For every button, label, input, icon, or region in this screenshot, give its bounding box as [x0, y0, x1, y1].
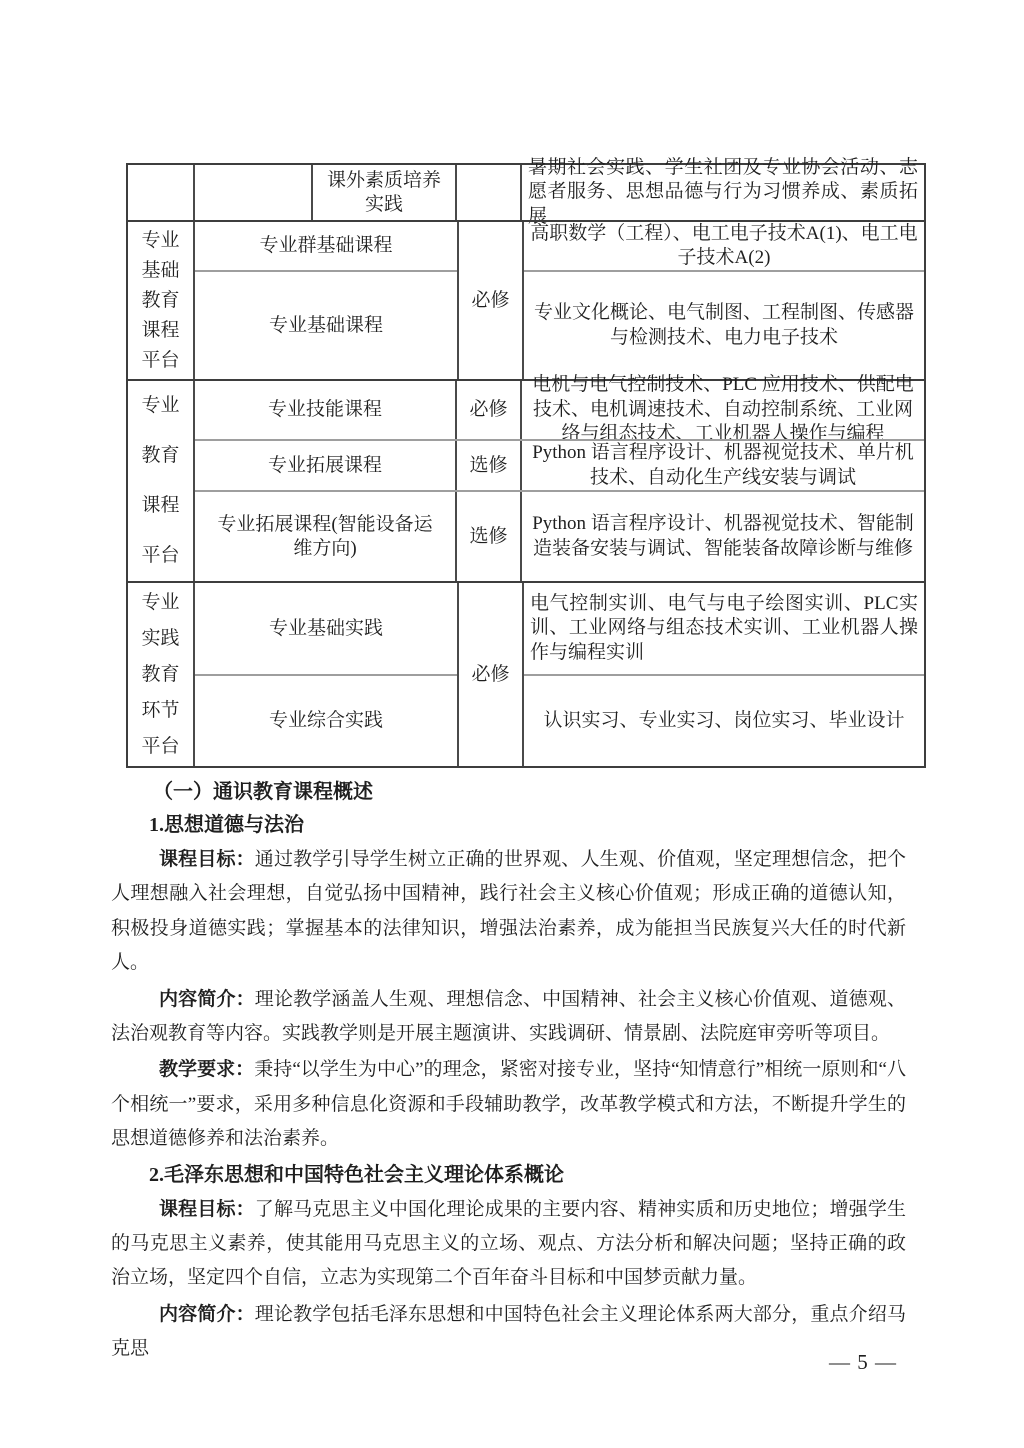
courses-cell: Python 语言程序设计、机器视觉技术、智能制造装备安装与调试、智能装备故障诊…	[522, 492, 924, 581]
platform-cell-empty	[128, 165, 195, 220]
mode-cell-empty	[457, 165, 522, 220]
table-section-professional-foundation: 专业 基础 教育 课程 平台 专业群基础课程 专业基础课程 必修 高职数学（工程…	[128, 220, 924, 379]
goal-label: 课程目标：	[159, 1199, 255, 1220]
course-2-goal-paragraph: 课程目标：了解马克思主义中国化理论成果的主要内容、精神实质和历史地位；增强学生的…	[111, 1193, 906, 1296]
document-page: 课外素质培养 实践 暑期社会实践、学生社团及专业协会活动、志愿者服务、思想品德与…	[0, 0, 1024, 1448]
courses-cell: 暑期社会实践、学生社团及专业协会活动、志愿者服务、思想品德与行为习惯养成、素质拓…	[522, 165, 924, 220]
page-number: — 5 —	[793, 1350, 933, 1375]
table-row: 专业拓展课程(智能设备运维方向) 选修 Python 语言程序设计、机器视觉技术…	[195, 490, 924, 581]
table-section-professional-education: 专业 教育 课程 平台 专业技能课程 必修 电机与电气控制技术、PLC 应用技术…	[128, 379, 924, 581]
courses-cell: 认识实习、专业实习、岗位实习、毕业设计	[524, 674, 924, 766]
table-section-professional-practice: 专业 实践 教育 环节 平台 专业基础实践 专业综合实践 必修 电气控制实训、电…	[128, 581, 924, 766]
courses-column: 高职数学（工程）、电工电子技术A(1)、电工电子技术A(2) 专业文化概论、电气…	[524, 222, 924, 379]
curriculum-table: 课外素质培养 实践 暑期社会实践、学生社团及专业协会活动、志愿者服务、思想品德与…	[126, 163, 926, 768]
courses-cell: Python 语言程序设计、机器视觉技术、单片机技术、自动化生产线安装与调试	[522, 441, 924, 490]
course-1-intro-paragraph: 内容简介：理论教学涵盖人生观、理想信念、中国精神、社会主义核心价值观、道德观、法…	[111, 983, 906, 1052]
course-type-cell: 专业综合实践	[195, 674, 457, 766]
mode-cell: 必修	[459, 583, 524, 766]
courses-cell: 电机与电气控制技术、PLC 应用技术、供配电技术、电机调速技术、自动控制系统、工…	[522, 381, 924, 439]
mode-cell: 选修	[457, 441, 522, 490]
courses-cell: 专业文化概论、电气制图、工程制图、传感器与检测技术、电力电子技术	[524, 270, 924, 379]
section-heading: （一）通识教育课程概述	[111, 775, 906, 809]
course-type-cell: 专业基础实践	[195, 583, 457, 674]
course-type-cell: 专业拓展课程(智能设备运维方向)	[195, 492, 457, 581]
course-2-intro-paragraph: 内容简介：理论教学包括毛泽东思想和中国特色社会主义理论体系两大部分，重点介绍马克…	[111, 1298, 906, 1367]
course-type-cell: 专业基础课程	[195, 270, 457, 379]
requirement-label: 教学要求：	[159, 1059, 254, 1080]
intro-label: 内容简介：	[159, 989, 255, 1010]
course-type-column: 专业基础实践 专业综合实践	[195, 583, 459, 766]
mode-cell: 必修	[457, 381, 522, 439]
table-row-extracurricular: 课外素质培养 实践 暑期社会实践、学生社团及专业协会活动、志愿者服务、思想品德与…	[128, 165, 924, 220]
courses-column: 电气控制实训、电气与电子绘图实训、PLC实训、工业网络与组态技术实训、工业机器人…	[524, 583, 924, 766]
document-body: （一）通识教育课程概述 1.思想道德与法治 课程目标：通过教学引导学生树立正确的…	[111, 775, 906, 1367]
course-type-cell: 专业拓展课程	[195, 441, 457, 490]
course-type-cell: 专业群基础课程	[195, 222, 457, 270]
table-row: 专业拓展课程 选修 Python 语言程序设计、机器视觉技术、单片机技术、自动化…	[195, 439, 924, 490]
platform-cell: 专业 基础 教育 课程 平台	[128, 222, 195, 379]
goal-label: 课程目标：	[159, 849, 255, 870]
course-1-requirement-paragraph: 教学要求：秉持“以学生为中心”的理念，紧密对接专业，坚持“知情意行”相统一原则和…	[111, 1053, 906, 1156]
course-2-title: 2.毛泽东思想和中国特色社会主义理论体系概论	[111, 1159, 906, 1191]
platform-cell: 专业 教育 课程 平台	[128, 381, 195, 581]
platform-cell: 专业 实践 教育 环节 平台	[128, 583, 195, 766]
course-type-cell: 专业技能课程	[195, 381, 457, 439]
empty-subcell	[195, 165, 313, 220]
intro-label: 内容简介：	[159, 1304, 255, 1325]
section-rows: 专业技能课程 必修 电机与电气控制技术、PLC 应用技术、供配电技术、电机调速技…	[195, 381, 924, 581]
course-1-title: 1.思想道德与法治	[111, 809, 906, 841]
courses-cell: 电气控制实训、电气与电子绘图实训、PLC实训、工业网络与组态技术实训、工业机器人…	[524, 583, 924, 674]
table-row: 专业技能课程 必修 电机与电气控制技术、PLC 应用技术、供配电技术、电机调速技…	[195, 381, 924, 439]
mode-cell: 必修	[459, 222, 524, 379]
courses-cell: 高职数学（工程）、电工电子技术A(1)、电工电子技术A(2)	[524, 222, 924, 270]
course-1-goal-paragraph: 课程目标：通过教学引导学生树立正确的世界观、人生观、价值观，坚定理想信念，把个人…	[111, 843, 906, 981]
course-type-column: 专业群基础课程 专业基础课程	[195, 222, 459, 379]
mode-cell: 选修	[457, 492, 522, 581]
course-type-cell: 课外素质培养 实践	[313, 165, 457, 220]
